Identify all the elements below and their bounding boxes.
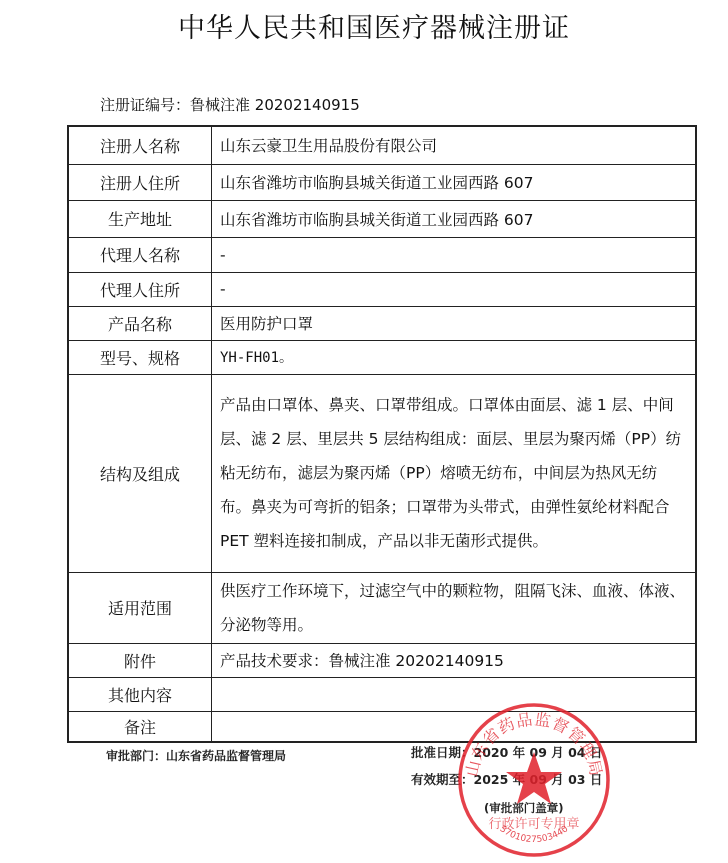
row-value: -	[212, 237, 697, 272]
row-value	[212, 711, 697, 742]
row-label: 适用范围	[68, 572, 212, 643]
table-row: 备注	[68, 711, 696, 742]
row-label: 附件	[68, 643, 212, 677]
approval-dates: 批准日期：2020 年 09 月 04 日 有效期至：2025 年 09 月 0…	[411, 745, 602, 799]
valid-until-date: 有效期至：2025 年 09 月 03 日	[411, 772, 602, 799]
table-row: 适用范围 供医疗工作环境下，过滤空气中的颗粒物，阻隔飞沫、血液、体液、分泌物等用…	[68, 572, 696, 643]
registration-number: 鲁械注准 20202140915	[190, 96, 360, 114]
row-value: 山东云豪卫生用品股份有限公司	[212, 126, 697, 164]
row-value: -	[212, 272, 697, 306]
table-row: 附件 产品技术要求：鲁械注准 20202140915	[68, 643, 696, 677]
row-label: 代理人名称	[68, 237, 212, 272]
certificate-table: 注册人名称 山东云豪卫生用品股份有限公司 注册人住所 山东省潍坊市临朐县城关街道…	[67, 125, 697, 743]
row-label: 备注	[68, 711, 212, 742]
table-row: 注册人名称 山东云豪卫生用品股份有限公司	[68, 126, 696, 164]
table-row: 产品名称 医用防护口罩	[68, 306, 696, 340]
row-label: 型号、规格	[68, 340, 212, 374]
approval-date: 批准日期：2020 年 09 月 04 日	[411, 745, 602, 772]
row-label: 结构及组成	[68, 374, 212, 572]
table-row: 结构及组成 产品由口罩体、鼻夹、口罩带组成。口罩体由面层、滤 1 层、中间层、滤…	[68, 374, 696, 572]
table-row: 代理人住所 -	[68, 272, 696, 306]
row-value: 产品技术要求：鲁械注准 20202140915	[212, 643, 697, 677]
row-value: 产品由口罩体、鼻夹、口罩带组成。口罩体由面层、滤 1 层、中间层、滤 2 层、里…	[212, 374, 697, 572]
table-row: 生产地址 山东省潍坊市临朐县城关街道工业园西路 607	[68, 200, 696, 237]
row-label: 其他内容	[68, 677, 212, 711]
document-title: 中华人民共和国医疗器械注册证	[0, 6, 728, 45]
row-label: 生产地址	[68, 200, 212, 237]
approval-department: 审批部门：山东省药品监督管理局	[106, 747, 286, 764]
svg-text:行政许可专用章: 行政许可专用章	[488, 816, 579, 832]
table-row: 代理人名称 -	[68, 237, 696, 272]
row-label: 注册人名称	[68, 126, 212, 164]
row-value: YH-FH01。	[212, 340, 697, 374]
table-row: 注册人住所 山东省潍坊市临朐县城关街道工业园西路 607	[68, 164, 696, 200]
svg-text:3701027503440: 3701027503440	[498, 824, 571, 845]
row-label: 注册人住所	[68, 164, 212, 200]
seal-note: (审批部门盖章)	[484, 800, 564, 816]
table-row: 型号、规格 YH-FH01。	[68, 340, 696, 374]
row-label: 代理人住所	[68, 272, 212, 306]
row-value: 山东省潍坊市临朐县城关街道工业园西路 607	[212, 164, 697, 200]
registration-number-line: 注册证编号：鲁械注准 20202140915	[100, 94, 360, 115]
registration-number-label: 注册证编号：	[100, 96, 190, 114]
table-row: 其他内容	[68, 677, 696, 711]
row-value	[212, 677, 697, 711]
row-value: 供医疗工作环境下，过滤空气中的颗粒物，阻隔飞沫、血液、体液、分泌物等用。	[212, 572, 697, 643]
row-label: 产品名称	[68, 306, 212, 340]
row-value: 医用防护口罩	[212, 306, 697, 340]
row-value: 山东省潍坊市临朐县城关街道工业园西路 607	[212, 200, 697, 237]
